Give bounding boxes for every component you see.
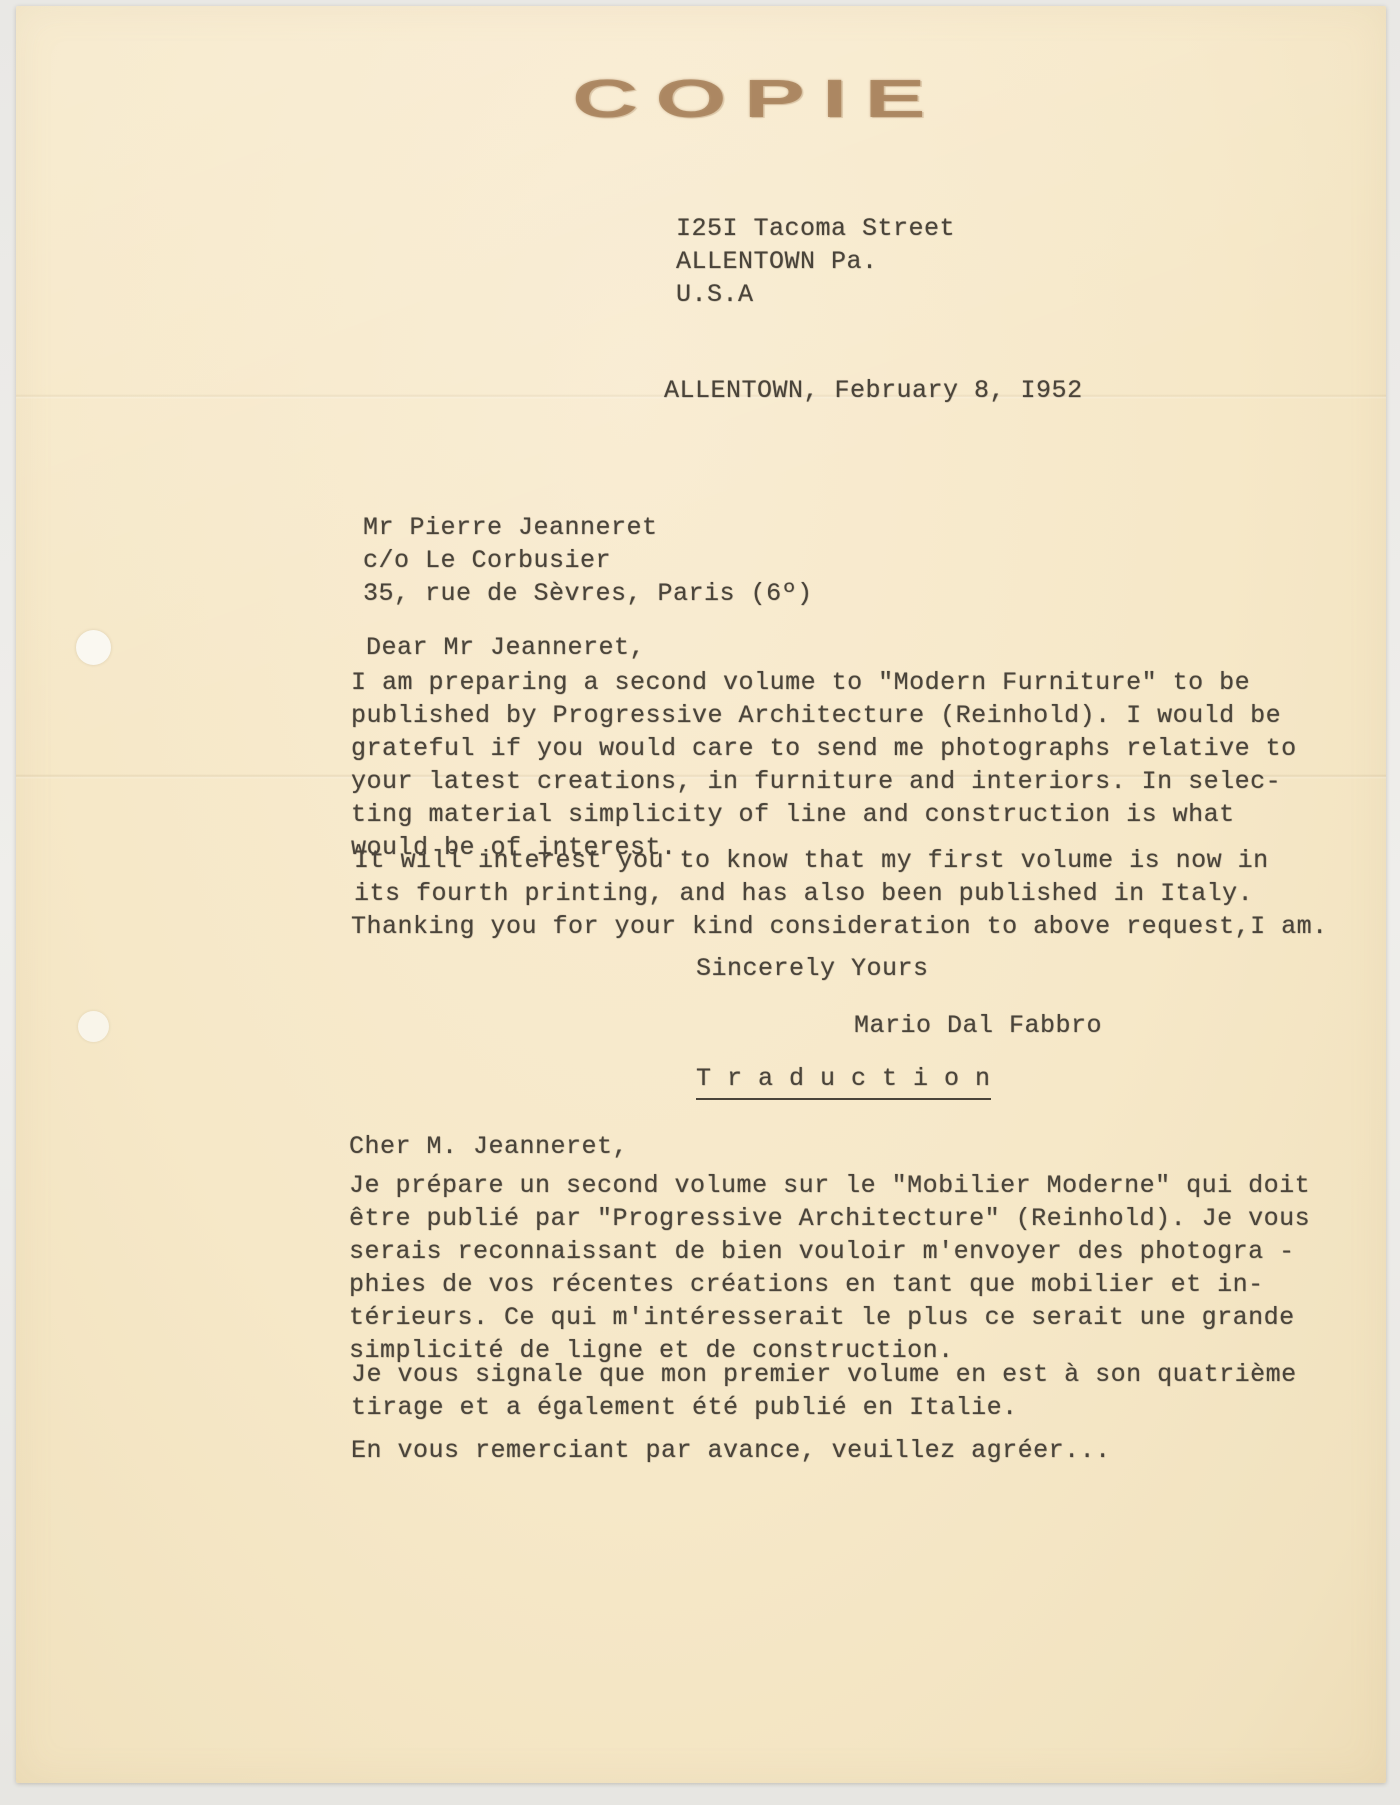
- body-line: your latest creations, in furniture and …: [351, 765, 1297, 798]
- closing-line-french: En vous remerciant par avance, veuillez …: [351, 1434, 1111, 1467]
- body-line: tirage et a également été publié en Ital…: [351, 1391, 1297, 1424]
- recipient-address-line: 35, rue de Sèvres, Paris (6º): [363, 577, 813, 610]
- body-line: It will interest you to know that my fir…: [354, 844, 1269, 877]
- body-line: ting material simplicity of line and con…: [351, 798, 1297, 831]
- translation-heading-text: T r a d u c t i o n: [696, 1062, 991, 1100]
- salutation-english: Dear Mr Jeanneret,: [366, 631, 645, 664]
- salutation-text: Cher M. Jeanneret,: [349, 1130, 628, 1163]
- sender-address: I25I Tacoma Street ALLENTOWN Pa. U.S.A: [676, 212, 955, 311]
- body-line: être publié par "Progressive Architectur…: [349, 1202, 1310, 1235]
- body-line: I am preparing a second volume to "Moder…: [351, 666, 1297, 699]
- sender-address-line: U.S.A: [676, 278, 955, 311]
- body-line: Je vous signale que mon premier volume e…: [351, 1358, 1297, 1391]
- body-line: its fourth printing, and has also been p…: [354, 877, 1269, 910]
- body-line: térieurs. Ce qui m'intéresserait le plus…: [349, 1301, 1310, 1334]
- signoff: Sincerely Yours: [696, 952, 929, 985]
- recipient-address-line: c/o Le Corbusier: [363, 544, 813, 577]
- body-line: serais reconnaissant de bien vouloir m'e…: [349, 1235, 1310, 1268]
- translation-heading: T r a d u c t i o n: [696, 1062, 991, 1100]
- punch-hole-lower: [78, 1011, 109, 1042]
- letter-page: COPIE I25I Tacoma Street ALLENTOWN Pa. U…: [16, 6, 1386, 1783]
- signature-name: Mario Dal Fabbro: [854, 1009, 1102, 1042]
- body-line: phies de vos récentes créations en tant …: [349, 1268, 1310, 1301]
- body-paragraph-english-2: It will interest you to know that my fir…: [354, 844, 1269, 910]
- date-line: ALLENTOWN, February 8, I952: [664, 374, 1083, 407]
- punch-hole-upper: [76, 630, 111, 665]
- copie-stamp: COPIE: [572, 68, 943, 130]
- sender-address-line: I25I Tacoma Street: [676, 212, 955, 245]
- body-paragraph-french-1: Je prépare un second volume sur le "Mobi…: [349, 1169, 1310, 1367]
- date-text: ALLENTOWN, February 8, I952: [664, 374, 1083, 407]
- sender-address-line: ALLENTOWN Pa.: [676, 245, 955, 278]
- signature-text: Mario Dal Fabbro: [854, 1009, 1102, 1042]
- recipient-address-line: Mr Pierre Jeanneret: [363, 511, 813, 544]
- signoff-text: Sincerely Yours: [696, 952, 929, 985]
- salutation-text: Dear Mr Jeanneret,: [366, 631, 645, 664]
- body-line: Je prépare un second volume sur le "Mobi…: [349, 1169, 1310, 1202]
- closing-line-english: Thanking you for your kind consideration…: [351, 910, 1328, 943]
- scanned-letter: COPIE I25I Tacoma Street ALLENTOWN Pa. U…: [0, 0, 1400, 1805]
- closing-text: En vous remerciant par avance, veuillez …: [351, 1434, 1111, 1467]
- body-line: grateful if you would care to send me ph…: [351, 732, 1297, 765]
- body-paragraph-french-2: Je vous signale que mon premier volume e…: [351, 1358, 1297, 1424]
- salutation-french: Cher M. Jeanneret,: [349, 1130, 628, 1163]
- recipient-address: Mr Pierre Jeanneret c/o Le Corbusier 35,…: [363, 511, 813, 610]
- body-line: published by Progressive Architecture (R…: [351, 699, 1297, 732]
- body-paragraph-english-1: I am preparing a second volume to "Moder…: [351, 666, 1297, 864]
- closing-text: Thanking you for your kind consideration…: [351, 910, 1328, 943]
